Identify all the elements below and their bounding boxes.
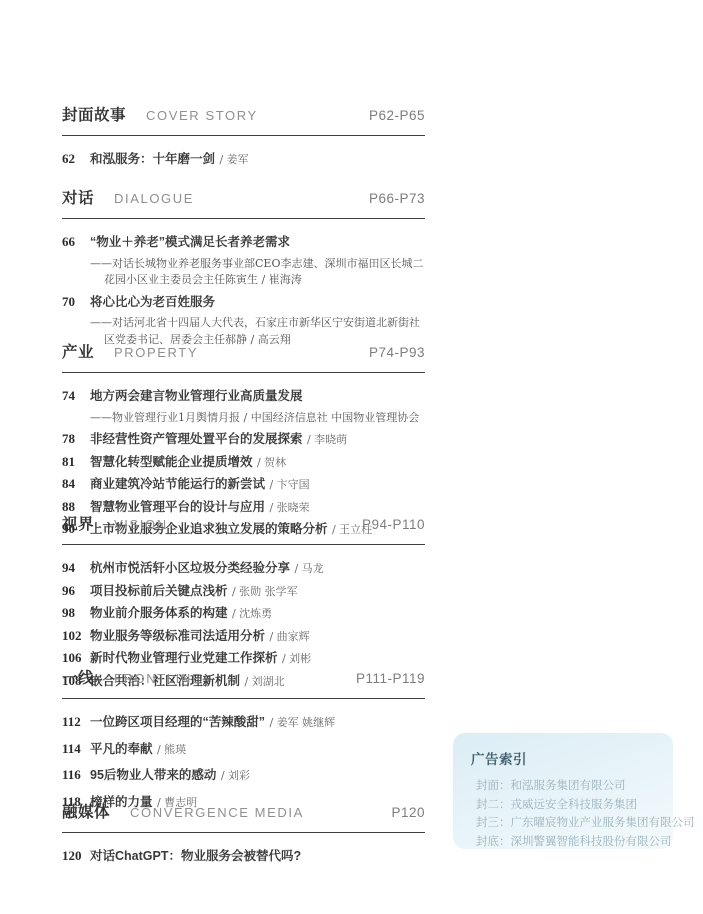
section-title-en: DIALOGUE xyxy=(114,191,194,206)
section-frontline: 一线 FRONTLINE P111-P119 112 一位跨区项目经理的“苦辣酸… xyxy=(62,666,425,820)
item-page-number: 98 xyxy=(62,605,90,623)
section-divider xyxy=(62,218,425,219)
section-dialogue: 对话 DIALOGUE P66-P73 66 “物业＋养老”模式满足长者养老需求… xyxy=(62,186,425,353)
item-title: 杭州市悦活轩小区垃圾分类经验分享 xyxy=(90,561,290,575)
section-page-range: P74-P93 xyxy=(369,345,425,360)
item-page-number: 70 xyxy=(62,294,90,311)
section-header: 封面故事 COVER STORY P62-P65 xyxy=(62,103,425,125)
section-divider xyxy=(62,135,425,136)
item-title: 对话ChatGPT：物业服务会被替代吗? xyxy=(90,848,301,865)
item-page-number: 112 xyxy=(62,714,90,732)
ad-item-company: 广东曜宸物业产业服务集团有限公司 xyxy=(511,817,695,829)
item-subline: ——对话长城物业养老服务事业部CEO李志建、深圳市福田区长城二花园小区业主委员会… xyxy=(90,256,425,289)
section-page-range: P120 xyxy=(391,805,425,820)
section-divider xyxy=(62,372,425,373)
toc-item: 84 商业建筑冷站节能运行的新尝试 / 卞守国 xyxy=(62,476,425,494)
section-page-range: P66-P73 xyxy=(369,191,425,206)
toc-item: 62 和泓服务：十年磨一剑 / 姜军 xyxy=(62,151,425,169)
item-title: 商业建筑冷站节能运行的新尝试 xyxy=(90,477,265,491)
section-title-cn: 产业 xyxy=(62,340,94,362)
item-author: / 曲家辉 xyxy=(269,630,309,643)
section-title-cn: 封面故事 xyxy=(62,103,126,125)
ad-index-item: 封底：深圳警翼智能科技股份有限公司 xyxy=(471,833,655,852)
toc-item: 66 “物业＋养老”模式满足长者养老需求 xyxy=(62,234,425,251)
item-title: 非经营性资产管理处置平台的发展探索 xyxy=(90,432,303,446)
item-title: 一位跨区项目经理的“苦辣酸甜” xyxy=(90,715,265,729)
toc-item: 106 新时代物业管理行业党建工作探析 / 刘彬 xyxy=(62,650,425,668)
item-page-number: 81 xyxy=(62,454,90,472)
toc-item: 81 智慧化转型赋能企业提质增效 / 贺林 xyxy=(62,454,425,472)
item-author: / 卞守国 xyxy=(269,478,309,491)
section-convergence-media: 融媒体 CONVERGENCE MEDIA P120 120 对话ChatGPT… xyxy=(62,800,425,870)
item-author: / 刘彬 xyxy=(282,652,311,665)
section-title-en: COVER STORY xyxy=(146,108,258,123)
toc-item: 114 平凡的奉献 / 熊瑛 xyxy=(62,741,425,759)
toc-item: 98 物业前介服务体系的构建 / 沈炼勇 xyxy=(62,605,425,623)
item-page-number: 102 xyxy=(62,628,90,646)
item-author: / 贺林 xyxy=(257,456,286,469)
toc-item: 102 物业服务等级标准司法适用分析 / 曲家辉 xyxy=(62,628,425,646)
toc-item: 70 将心比心为老百姓服务 xyxy=(62,294,425,311)
item-title: 95后物业人带来的感动 xyxy=(90,768,216,782)
section-page-range: P94-P110 xyxy=(362,517,425,532)
section-divider xyxy=(62,698,425,699)
section-title-cn: 融媒体 xyxy=(62,800,110,822)
item-title: “物业＋养老”模式满足长者养老需求 xyxy=(90,234,290,251)
toc-item: 112 一位跨区项目经理的“苦辣酸甜” / 姜军 姚继辉 xyxy=(62,714,425,732)
item-title: 将心比心为老百姓服务 xyxy=(90,294,215,311)
toc-item: 96 项目投标前后关键点浅析 / 张勋 张学军 xyxy=(62,583,425,601)
ad-item-company: 戎威远安全科技服务集团 xyxy=(511,799,638,811)
ad-index-item: 封二：戎威远安全科技服务集团 xyxy=(471,796,655,815)
ad-item-label: 封二： xyxy=(476,799,511,811)
ad-index-item: 封面：和泓服务集团有限公司 xyxy=(471,777,655,796)
item-page-number: 120 xyxy=(62,848,90,865)
item-title: 智慧化转型赋能企业提质增效 xyxy=(90,455,253,469)
ad-item-company: 深圳警翼智能科技股份有限公司 xyxy=(511,836,672,848)
section-divider xyxy=(62,832,425,833)
toc-item: 74 地方两会建言物业管理行业高质量发展 xyxy=(62,388,425,405)
item-title: 地方两会建言物业管理行业高质量发展 xyxy=(90,388,303,405)
section-header: 融媒体 CONVERGENCE MEDIA P120 xyxy=(62,800,425,822)
toc-item: 94 杭州市悦活轩小区垃圾分类经验分享 / 马龙 xyxy=(62,560,425,578)
item-page-number: 78 xyxy=(62,431,90,449)
item-author: / 李晓萌 xyxy=(307,433,347,446)
item-page-number: 114 xyxy=(62,741,90,759)
item-author: / 姜军 姚继辉 xyxy=(269,716,335,729)
toc-item: 120 对话ChatGPT：物业服务会被替代吗? xyxy=(62,848,425,865)
ad-item-label: 封底： xyxy=(476,836,511,848)
item-title: 新时代物业管理行业党建工作探析 xyxy=(90,651,278,665)
section-title-en: FRONTLINE xyxy=(114,671,202,686)
ad-item-label: 封三： xyxy=(476,817,511,829)
section-page-range: P111-P119 xyxy=(356,671,425,686)
item-author: / 熊瑛 xyxy=(157,743,186,756)
section-title-en: VISION xyxy=(114,517,168,532)
ad-index-box: 广告索引 封面：和泓服务集团有限公司 封二：戎威远安全科技服务集团 封三：广东曜… xyxy=(453,733,673,849)
ad-index-item: 封三：广东曜宸物业产业服务集团有限公司 xyxy=(471,814,655,833)
item-page-number: 106 xyxy=(62,650,90,668)
section-header: 对话 DIALOGUE P66-P73 xyxy=(62,186,425,208)
item-page-number: 84 xyxy=(62,476,90,494)
item-page-number: 74 xyxy=(62,388,90,405)
item-title: 和泓服务：十年磨一剑 xyxy=(90,152,215,166)
item-author: / 马龙 xyxy=(294,562,323,575)
ad-index-title: 广告索引 xyxy=(471,748,655,768)
item-title: 平凡的奉献 xyxy=(90,742,153,756)
section-divider xyxy=(62,544,425,545)
section-title-cn: 对话 xyxy=(62,186,94,208)
section-title-en: PROPERTY xyxy=(114,345,198,360)
item-title: 项目投标前后关键点浅析 xyxy=(90,584,228,598)
item-page-number: 116 xyxy=(62,767,90,785)
item-subline: ——物业管理行业1月舆情月报 / 中国经济信息社 中国物业管理协会 xyxy=(90,410,425,427)
toc-item: 116 95后物业人带来的感动 / 刘彩 xyxy=(62,767,425,785)
ad-item-company: 和泓服务集团有限公司 xyxy=(511,780,626,792)
section-header: 一线 FRONTLINE P111-P119 xyxy=(62,666,425,688)
item-author: / 刘彩 xyxy=(221,769,250,782)
item-page-number: 62 xyxy=(62,151,90,169)
item-title: 物业服务等级标准司法适用分析 xyxy=(90,629,265,643)
toc-item: 78 非经营性资产管理处置平台的发展探索 / 李晓萌 xyxy=(62,431,425,449)
section-header: 产业 PROPERTY P74-P93 xyxy=(62,340,425,362)
section-header: 视界 VISION P94-P110 xyxy=(62,512,425,534)
section-title-cn: 视界 xyxy=(62,512,94,534)
item-page-number: 96 xyxy=(62,583,90,601)
item-title: 物业前介服务体系的构建 xyxy=(90,606,228,620)
ad-item-label: 封面： xyxy=(476,780,511,792)
item-author: / 沈炼勇 xyxy=(232,607,272,620)
section-cover-story: 封面故事 COVER STORY P62-P65 62 和泓服务：十年磨一剑 /… xyxy=(62,103,425,174)
item-author: / 姜军 xyxy=(219,153,248,166)
section-title-cn: 一线 xyxy=(62,666,94,688)
item-author: / 张勋 张学军 xyxy=(232,585,298,598)
item-page-number: 66 xyxy=(62,234,90,251)
section-page-range: P62-P65 xyxy=(369,108,425,123)
item-page-number: 94 xyxy=(62,560,90,578)
section-title-en: CONVERGENCE MEDIA xyxy=(130,805,304,820)
